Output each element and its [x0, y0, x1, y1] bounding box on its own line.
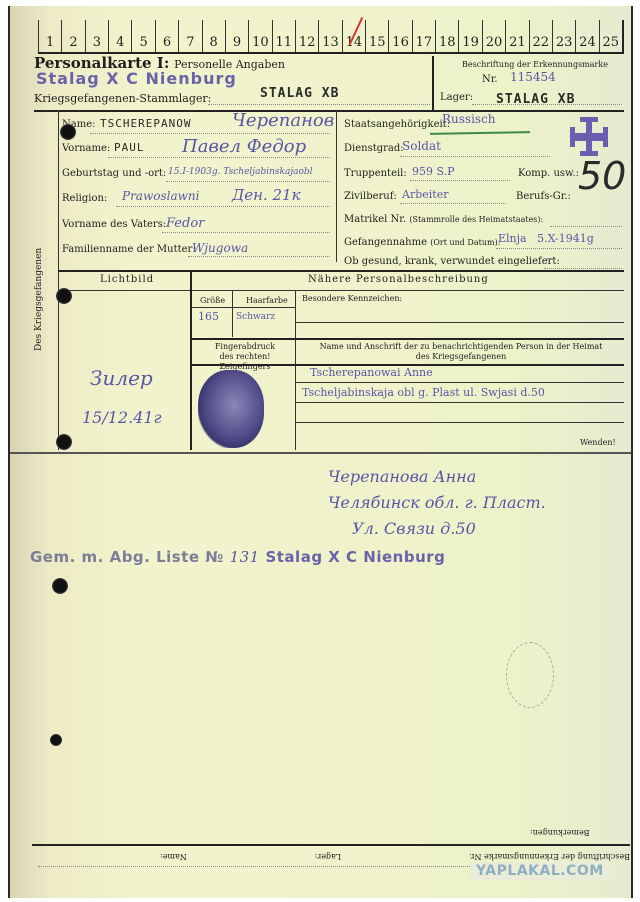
- ruler-cell: 1: [38, 20, 61, 52]
- lichtbild-note: Зилер: [90, 366, 153, 390]
- name-cyrillic: Черепанов: [232, 110, 334, 131]
- groesse-value: 165: [198, 310, 219, 323]
- matrikel-label: Matrikel Nr. (Stammrolle des Heimatstaat…: [344, 214, 543, 225]
- lichtbild-label: Lichtbild: [100, 274, 154, 285]
- list-stamp-number: 131: [230, 548, 260, 566]
- footer-name-label: Name:: [160, 852, 187, 861]
- gefangen-value: Elnja 5.X-1941g: [498, 232, 594, 245]
- matrikel-label-main: Matrikel Nr.: [344, 214, 406, 225]
- name-value: TSCHEREPANOW: [100, 117, 191, 130]
- kontakt-line-2: Tscheljabinskaja obl g. Plast ul. Swjasi…: [302, 386, 545, 399]
- finger-label-2: des rechten! Zeigefingers: [196, 352, 294, 372]
- berufs-value: 50: [578, 154, 626, 198]
- ruler-cell: 2: [61, 20, 84, 52]
- religion-label: Religion:: [62, 193, 107, 204]
- vorname-label: Vorname:: [62, 143, 110, 154]
- zivil-value: Arbeiter: [402, 188, 448, 201]
- ruler-cell: 23: [552, 20, 575, 52]
- green-underline: [430, 131, 530, 135]
- finger-label-1: Fingerabdruck: [196, 342, 294, 352]
- ruler-cell: 16: [388, 20, 411, 52]
- lager-label: Lager:: [440, 92, 473, 103]
- ruler-cell: 18: [435, 20, 458, 52]
- punch-hole: [50, 734, 62, 746]
- footer-tag-label: Beschriftung der Erkennungsmarke Nr.: [469, 852, 630, 861]
- vorname-value: PAUL: [114, 141, 145, 154]
- haar-label: Haarfarbe: [246, 296, 288, 305]
- ruler-cell: 11: [272, 20, 295, 52]
- vater-value: Fedor: [166, 216, 204, 231]
- cyrillic-address-line-1: Черепанова Анна: [328, 464, 546, 490]
- fingerprint: [198, 370, 264, 448]
- dienstgrad-label: Dienstgrad:: [344, 143, 404, 154]
- staat-value: Russisch: [442, 112, 496, 126]
- ruler-cell: 22: [529, 20, 552, 52]
- ruler-cell: 17: [412, 20, 435, 52]
- tag-label: Beschriftung der Erkennungsmarke: [462, 60, 608, 69]
- cross-stamp-icon: [566, 114, 612, 160]
- religion-extra: Ден. 21к: [232, 186, 301, 204]
- punch-hole: [60, 124, 76, 140]
- footer-lager-label: Lager:: [315, 852, 341, 861]
- vorname-cyrillic: Павел Федор: [182, 136, 306, 157]
- ruler-cell: 5: [131, 20, 154, 52]
- groesse-label: Größe: [200, 296, 225, 305]
- cyrillic-address: Черепанова Анна Челябинск обл. г. Пласт.…: [328, 464, 546, 542]
- ruler-cell: 24: [575, 20, 598, 52]
- wenden-text: Wenden!: [580, 438, 616, 447]
- geburt-value: 15.I-1903g. Tscheljabinskajaobl: [168, 167, 313, 177]
- punch-hole: [52, 578, 68, 594]
- kontakt-label-2: des Kriegsgefangenen: [300, 352, 622, 362]
- komp-label: Komp. usw.:: [518, 168, 579, 179]
- list-stamp: Gem. m. Abg. Liste № 131 Stalag X C Nien…: [30, 548, 445, 566]
- ruler-cell: 15: [365, 20, 388, 52]
- ruler-cell: 25: [599, 20, 624, 52]
- mutter-value: Wjugowa: [192, 241, 248, 255]
- ruler-cell: 4: [108, 20, 131, 52]
- finger-label: Fingerabdruck des rechten! Zeigefingers: [196, 342, 294, 372]
- gesund-value: –: [546, 252, 552, 265]
- side-label: Des Kriegsgefangenen: [34, 248, 44, 351]
- tag-nr-value: 115454: [510, 70, 556, 84]
- gefangen-label: Gefangennahme (Ort und Datum):: [344, 237, 500, 248]
- vater-label: Vorname des Vaters:: [62, 219, 166, 230]
- list-stamp-prefix: Gem. m. Abg. Liste №: [30, 548, 224, 566]
- kontakt-label: Name und Anschrift der zu benachrichtige…: [300, 342, 622, 362]
- tag-nr-label: Nr.: [482, 74, 498, 85]
- stammlager-label: Kriegsgefangenen-Stammlager:: [34, 92, 211, 105]
- punch-hole: [56, 288, 72, 304]
- ruler-cell: 7: [178, 20, 201, 52]
- gesund-label: Ob gesund, krank, verwundet eingeliefert…: [344, 256, 560, 267]
- bemerkungen-label: Bemerkungen:: [530, 828, 590, 837]
- besondere-label: Besondere Kennzeichen:: [302, 294, 402, 303]
- ruler-cell: 12: [295, 20, 318, 52]
- stammlager-value: STALAG XB: [260, 86, 339, 101]
- mutter-label: Familienname der Mutter:: [62, 244, 196, 255]
- lager-value: STALAG XB: [496, 92, 575, 107]
- ruler-cell: 8: [202, 20, 225, 52]
- zivil-label: Zivilberuf:: [344, 191, 397, 202]
- upside-down-footer: Beschriftung der Erkennungsmarke Nr. Lag…: [160, 852, 630, 861]
- religion-value: Prawoslawni: [122, 189, 199, 203]
- cyrillic-address-line-2: Челябинск обл. г. Пласт.: [328, 490, 546, 516]
- lichtbild-date: 15/12.41г: [82, 408, 162, 427]
- ruler-cell: 21: [505, 20, 528, 52]
- punch-hole: [56, 434, 72, 450]
- ruler-cell: 20: [482, 20, 505, 52]
- dienstgrad-value: Soldat: [402, 139, 441, 153]
- ruler-cell: 9: [225, 20, 248, 52]
- ruler-cell: 13: [318, 20, 341, 52]
- number-ruler: 1234567891011121314151617181920212223242…: [38, 20, 624, 54]
- ruler-cell: 10: [248, 20, 271, 52]
- berufs-label: Berufs-Gr.:: [516, 191, 571, 202]
- truppen-value: 959 S.P: [412, 165, 455, 178]
- haar-value: Schwarz: [236, 312, 275, 322]
- staat-label: Staatsangehörigkeit:: [344, 119, 450, 130]
- matrikel-label-sub: (Stammrolle des Heimatstaates):: [409, 215, 543, 224]
- personnel-card: 1234567891011121314151617181920212223242…: [8, 6, 633, 898]
- ruler-cell: 3: [85, 20, 108, 52]
- camp-stamp: Stalag X C Nienburg: [36, 69, 237, 88]
- kontakt-line-1: Tscherepanowai Anne: [310, 366, 433, 379]
- ruler-cell: 6: [155, 20, 178, 52]
- gefangen-label-main: Gefangennahme: [344, 237, 427, 248]
- gefangen-label-sub: (Ort und Datum):: [430, 238, 500, 247]
- section-title: Nähere Personalbeschreibung: [308, 274, 489, 285]
- faded-round-stamp: [506, 642, 554, 708]
- truppen-label: Truppenteil:: [344, 168, 407, 179]
- kontakt-label-1: Name und Anschrift der zu benachrichtige…: [300, 342, 622, 352]
- geburt-label: Geburtstag und -ort:: [62, 168, 166, 179]
- watermark: YAPLAKAL.COM: [470, 862, 610, 880]
- ruler-cell: 19: [458, 20, 481, 52]
- cyrillic-address-line-3: Ул. Связи д.50: [328, 516, 546, 542]
- list-stamp-suffix: Stalag X C Nienburg: [265, 548, 445, 566]
